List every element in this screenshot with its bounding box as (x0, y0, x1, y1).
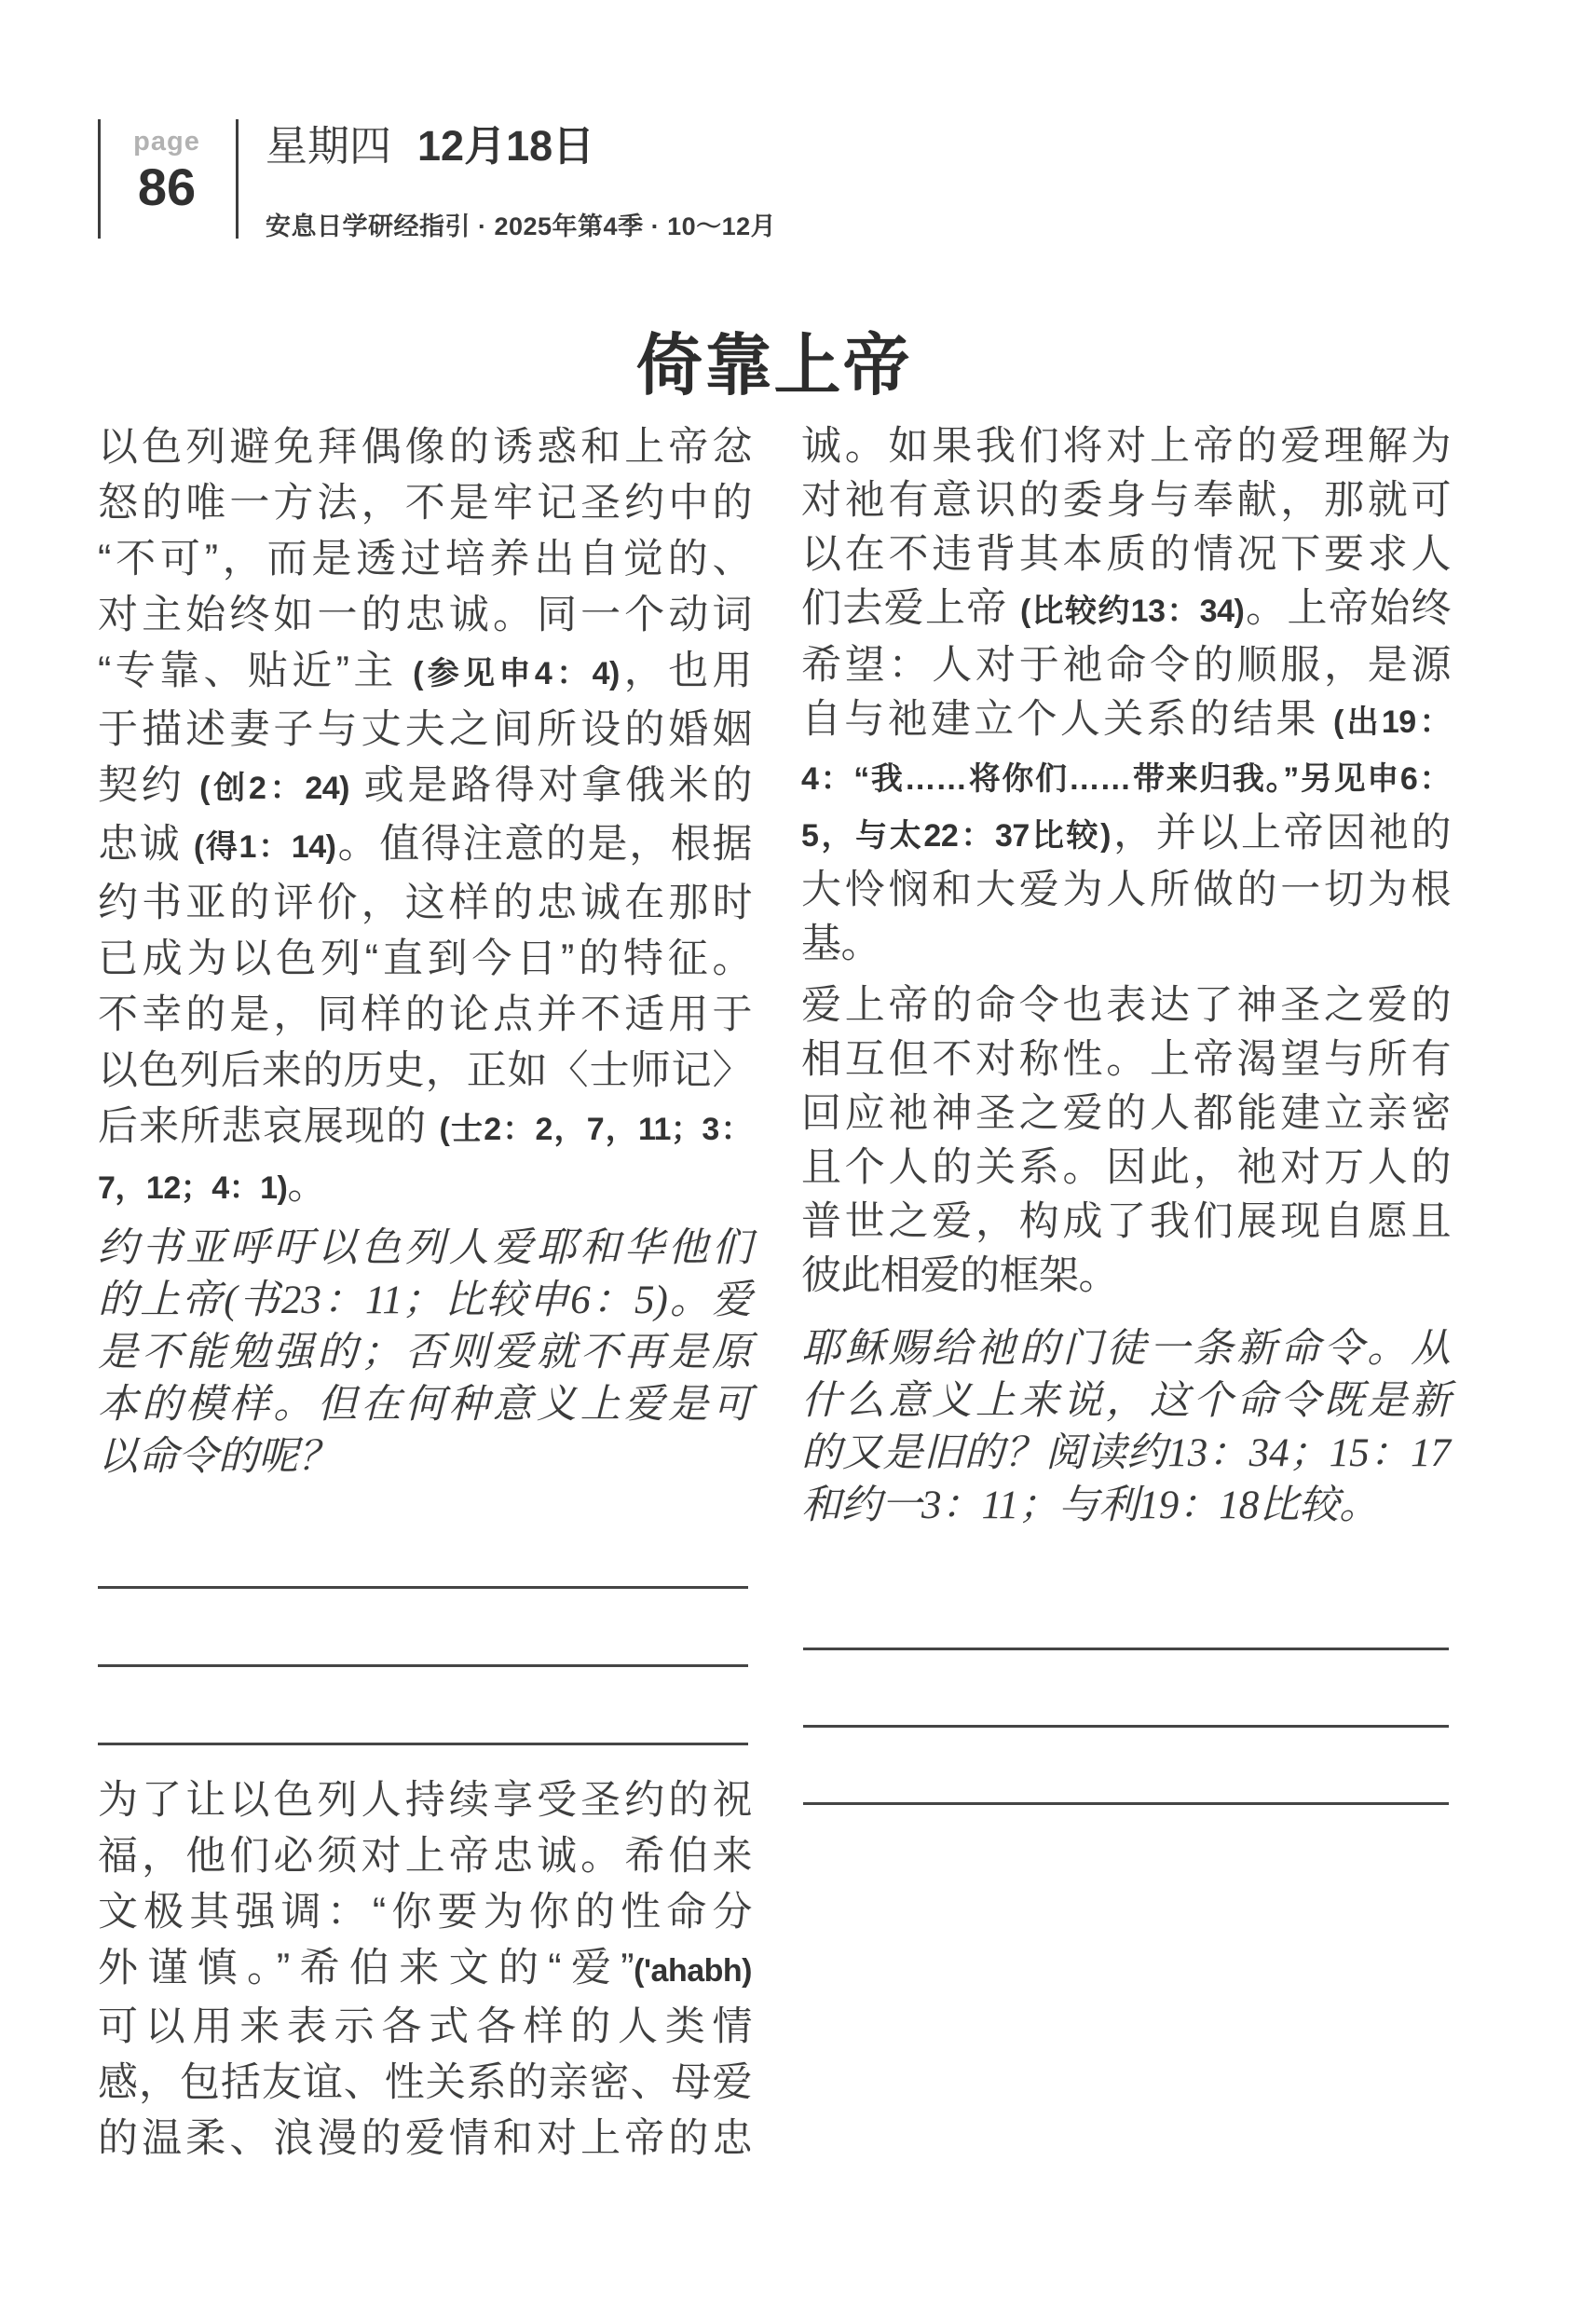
text-line: 自与祂建立个人关系的结果 (出19： (801, 692, 1451, 749)
text-segment: 的上帝(书23：11；比较申6：5)。爱 (98, 1279, 752, 1322)
text-line: 怒的唯一方法，不是牢记圣约中的 (98, 475, 752, 531)
text-line: 忠诚 (得1：14)。值得注意的是，根据 (98, 816, 752, 875)
text-segment: 大怜悯和大爱为人所做的一切为根 (801, 868, 1451, 912)
text-segment: 感，包括友谊、性关系的亲密、母爱 (98, 2060, 752, 2105)
text-line: 回应祂神圣之爱的人都能建立亲密 (801, 1087, 1451, 1141)
text-line: 和约一3：11；与利19：18比较。 (801, 1480, 1451, 1532)
text-segment: 为了让以色列人持续享受圣约的祝 (98, 1778, 752, 1823)
text-line: 相互但不对称性。上帝渴望与所有 (801, 1032, 1451, 1087)
text-segment: 契约 (98, 763, 199, 808)
text-line: “不可”，而是透过培养出自觉的、 (98, 531, 752, 587)
text-line: 福，他们必须对上帝忠诚。希伯来 (98, 1828, 752, 1884)
text-line: 后来所悲哀展现的 (士2：2，7，11；3： (98, 1099, 752, 1157)
text-segment: 以色列后来的历史，正如〈士师记〉 (98, 1048, 752, 1093)
text-segment: 不幸的是，同样的论点并不适用于 (98, 992, 752, 1037)
text-line: 已成为以色列“直到今日”的特征。 (98, 931, 752, 987)
bible-reference: (创2：24) (199, 771, 349, 806)
text-line: 外谨慎。”希伯来文的“爱”('ahabh) (98, 1940, 752, 1999)
writing-line (803, 1802, 1449, 1805)
text-line: “专靠、贴近”主 (参见申4：4)，也用 (98, 643, 752, 702)
text-line: 希望：人对于祂命令的顺服，是源 (801, 638, 1451, 692)
text-line: 彼此相爱的框架。 (801, 1249, 1451, 1303)
text-segment: 什么意义上来说，这个命令既是新 (801, 1379, 1451, 1423)
text-line: 普世之爱，构成了我们展现自愿且 (801, 1195, 1451, 1249)
text-segment: 的又是旧的？阅读约13：34；15：17 (801, 1431, 1451, 1475)
text-line: 为了让以色列人持续享受圣约的祝 (98, 1772, 752, 1828)
text-segment: 的温柔、浪漫的爱情和对上帝的忠 (98, 2116, 752, 2161)
text-segment: 爱上帝的命令也表达了神圣之爱的 (801, 983, 1451, 1028)
text-segment: 于描述妻子与丈夫之间所设的婚姻 (98, 707, 752, 752)
text-line: 大怜悯和大爱为人所做的一切为根 (801, 863, 1451, 917)
text-line: 对主始终如一的忠诚。同一个动词 (98, 587, 752, 643)
text-segment: 。值得注意的是，根据 (335, 822, 752, 867)
text-segment: 后来所悲哀展现的 (98, 1104, 440, 1149)
text-line: 于描述妻子与丈夫之间所设的婚姻 (98, 702, 752, 758)
text-line: 的上帝(书23：11；比较申6：5)。爱 (98, 1275, 752, 1327)
text-line: 对祂有意识的委身与奉献，那就可 (801, 473, 1451, 527)
text-segment: 本的模样。但在何种意义上爱是可 (98, 1383, 752, 1427)
text-segment: 或是路得对拿俄米的 (349, 763, 752, 808)
text-line: 们去爱上帝 (比较约13：34)。上帝始终 (801, 581, 1451, 638)
text-segment: 福，他们必须对上帝忠诚。希伯来 (98, 1834, 752, 1879)
text-segment: 耶稣赐给祂的门徒一条新命令。从 (801, 1327, 1451, 1371)
bible-reference: (参见申4：4) (413, 656, 620, 691)
text-segment: ，并以上帝因祂的 (1111, 811, 1451, 855)
bible-reference: 5，与太22：37比较) (801, 818, 1111, 854)
body-paragraph: 以色列避免拜偶像的诱惑和上帝忿怒的唯一方法，不是牢记圣约中的“不可”，而是透过培… (98, 419, 752, 1216)
text-segment: “专靠、贴近”主 (98, 649, 413, 693)
text-segment: 彼此相爱的框架。 (801, 1253, 1118, 1298)
text-segment: 。上帝始终 (1244, 586, 1451, 631)
text-segment: 以在不违背其本质的情况下要求人 (801, 532, 1451, 577)
body-paragraph: 诚。如果我们将对上帝的爱理解为对祂有意识的委身与奉献，那就可以在不违背其本质的情… (801, 419, 1451, 971)
text-line: 什么意义上来说，这个命令既是新 (801, 1375, 1451, 1428)
text-segment: 约书亚的评价，这样的忠诚在那时 (98, 881, 752, 925)
text-segment: 回应祂神圣之爱的人都能建立亲密 (801, 1091, 1451, 1136)
bible-reference: (比较约13：34) (1020, 594, 1244, 629)
bible-reference: (出19： (1333, 704, 1451, 740)
body-paragraph: 为了让以色列人持续享受圣约的祝福，他们必须对上帝忠诚。希伯来文极其强调：“你要为… (98, 1772, 752, 2167)
text-segment: 外谨慎。”希伯来文的“爱” (98, 1946, 634, 1990)
text-segment: 约书亚呼吁以色列人爱耶和华他们 (98, 1226, 752, 1270)
text-segment: 是不能勉强的；否则爱就不再是原 (98, 1331, 752, 1374)
text-line: 的温柔、浪漫的爱情和对上帝的忠 (98, 2111, 752, 2167)
bible-reference: (得1：14) (194, 829, 336, 865)
writing-line (98, 1664, 748, 1667)
text-line: 是不能勉强的；否则爱就不再是原 (98, 1327, 752, 1379)
text-segment: 已成为以色列“直到今日”的特征。 (98, 937, 752, 981)
text-segment: 对主始终如一的忠诚。同一个动词 (98, 593, 752, 637)
text-line: 感，包括友谊、性关系的亲密、母爱 (98, 2055, 752, 2111)
text-segment: 希望：人对于祂命令的顺服，是源 (801, 643, 1451, 688)
study-guide-page: page 86 星期四12月18日 安息日学研经指引 · 2025年第4季 · … (0, 0, 1596, 2311)
text-line: 本的模样。但在何种意义上爱是可 (98, 1379, 752, 1431)
text-line: 4：“我……将你们……带来归我。”另见申6： (801, 749, 1451, 806)
text-line: 以命令的呢？ (98, 1431, 752, 1484)
bible-reference: 7，12；4：1) (98, 1170, 287, 1206)
text-segment: 且个人的关系。因此，祂对万人的 (801, 1145, 1451, 1190)
text-segment: 以色列避免拜偶像的诱惑和上帝忿 (98, 425, 752, 470)
question-paragraph: 约书亚呼吁以色列人爱耶和华他们的上帝(书23：11；比较申6：5)。爱是不能勉强… (98, 1223, 752, 1484)
text-segment: 和约一3：11；与利19：18比较。 (801, 1484, 1379, 1527)
text-segment: 怒的唯一方法，不是牢记圣约中的 (98, 481, 752, 526)
text-segment: 忠诚 (98, 822, 194, 867)
bible-reference: ('ahabh) (634, 1953, 752, 1989)
writing-line (98, 1586, 748, 1589)
text-line: 契约 (创2：24) 或是路得对拿俄米的 (98, 758, 752, 816)
text-line: 文极其强调：“你要为你的性命分 (98, 1884, 752, 1940)
text-line: 的又是旧的？阅读约13：34；15：17 (801, 1428, 1451, 1480)
text-line: 耶稣赐给祂的门徒一条新命令。从 (801, 1323, 1451, 1375)
text-line: 以在不违背其本质的情况下要求人 (801, 527, 1451, 581)
text-segment: 普世之爱，构成了我们展现自愿且 (801, 1199, 1451, 1244)
writing-line (803, 1648, 1449, 1650)
text-line: 以色列后来的历史，正如〈士师记〉 (98, 1043, 752, 1099)
text-segment: 以命令的呢？ (98, 1435, 338, 1479)
column-right: 诚。如果我们将对上帝的爱理解为对祂有意识的委身与奉献，那就可以在不违背其本质的情… (801, 0, 1451, 2311)
text-line: 诚。如果我们将对上帝的爱理解为 (801, 419, 1451, 473)
text-segment: 对祂有意识的委身与奉献，那就可 (801, 478, 1451, 523)
text-segment: 相互但不对称性。上帝渴望与所有 (801, 1037, 1451, 1082)
text-segment: 自与祂建立个人关系的结果 (801, 697, 1333, 742)
text-line: 以色列避免拜偶像的诱惑和上帝忿 (98, 419, 752, 475)
text-line: 爱上帝的命令也表达了神圣之爱的 (801, 978, 1451, 1032)
text-line: 且个人的关系。因此，祂对万人的 (801, 1141, 1451, 1195)
text-line: 可以用来表示各式各样的人类情 (98, 1999, 752, 2055)
writing-line (803, 1725, 1449, 1728)
text-line: 约书亚呼吁以色列人爱耶和华他们 (98, 1223, 752, 1275)
text-segment: 文极其强调：“你要为你的性命分 (98, 1890, 752, 1935)
text-segment: ，也用 (620, 649, 752, 693)
question-paragraph: 耶稣赐给祂的门徒一条新命令。从什么意义上来说，这个命令既是新的又是旧的？阅读约1… (801, 1323, 1451, 1532)
bible-reference: (士2：2，7，11；3： (440, 1112, 752, 1147)
text-segment: 基。 (801, 922, 880, 966)
writing-line (98, 1743, 748, 1745)
text-segment: 。 (287, 1163, 327, 1208)
text-segment: 们去爱上帝 (801, 586, 1020, 631)
body-paragraph: 爱上帝的命令也表达了神圣之爱的相互但不对称性。上帝渴望与所有回应祂神圣之爱的人都… (801, 978, 1451, 1303)
text-segment: 诚。如果我们将对上帝的爱理解为 (801, 424, 1451, 469)
text-line: 不幸的是，同样的论点并不适用于 (98, 987, 752, 1043)
text-line: 5，与太22：37比较)，并以上帝因祂的 (801, 806, 1451, 863)
column-left: 以色列避免拜偶像的诱惑和上帝忿怒的唯一方法，不是牢记圣约中的“不可”，而是透过培… (98, 0, 752, 2311)
bible-reference: 4：“我……将你们……带来归我。”另见申6： (801, 761, 1451, 797)
text-segment: 可以用来表示各式各样的人类情 (98, 2004, 752, 2049)
text-line: 基。 (801, 917, 1451, 971)
text-line: 约书亚的评价，这样的忠诚在那时 (98, 875, 752, 931)
text-line: 7，12；4：1)。 (98, 1157, 752, 1216)
text-segment: “不可”，而是透过培养出自觉的、 (98, 537, 752, 581)
